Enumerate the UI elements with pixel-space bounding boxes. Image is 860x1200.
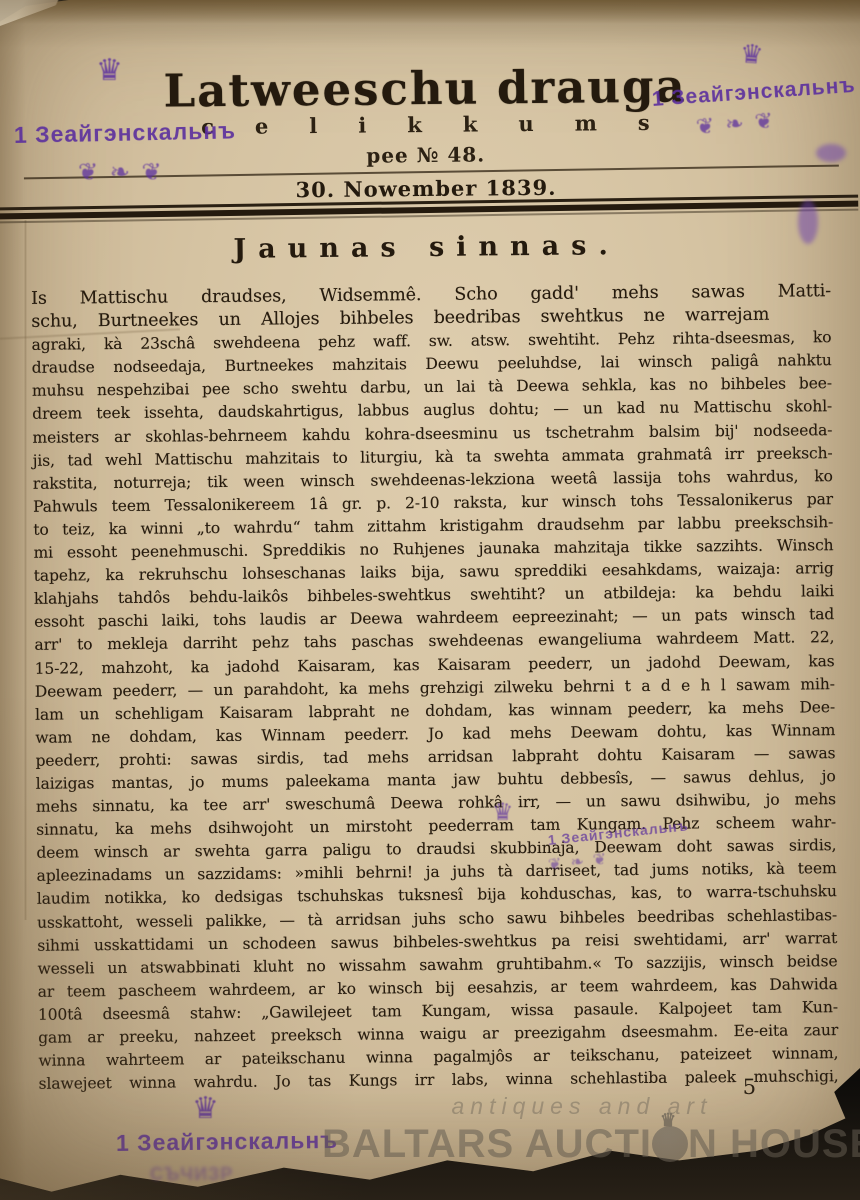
photographed-document: Latweeschu drauga celikkums pee № 48. 30… bbox=[0, 0, 860, 1200]
article-heading: Jaunas sinnas. bbox=[0, 228, 857, 267]
article-body: Is Mattischu draudses, Widsemmê. Scho ga… bbox=[31, 280, 839, 1096]
page-content: Latweeschu drauga celikkums pee № 48. 30… bbox=[0, 0, 860, 1200]
ink-smudge bbox=[816, 144, 846, 162]
ink-smudge bbox=[798, 200, 818, 244]
page-number: 5 bbox=[743, 1075, 757, 1099]
